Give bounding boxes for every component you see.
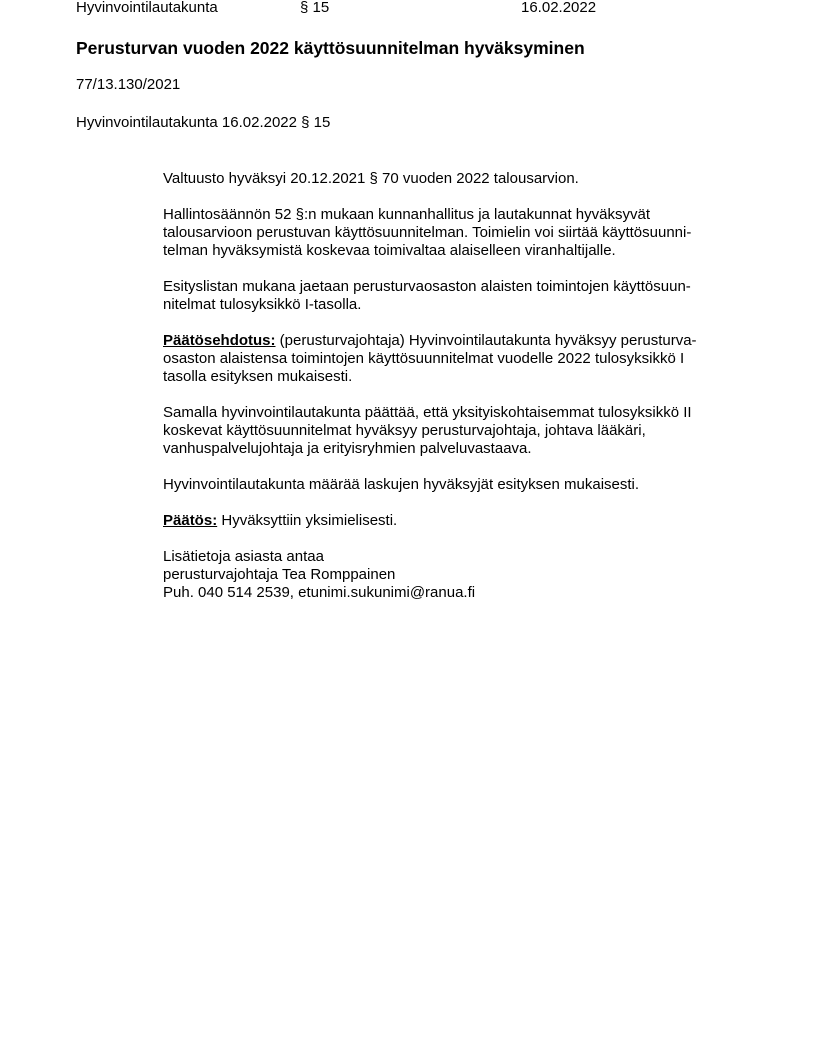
paragraph-invoice-approvers: Hyvinvointilautakunta määrää laskujen hy… (163, 476, 753, 494)
decision-label: Päätös: (163, 512, 217, 529)
diary-number: 77/13.130/2021 (76, 76, 180, 94)
header-section-number: § 15 (300, 0, 329, 17)
paragraph-decision: Päätös: Hyväksyttiin yksimielisesti. (163, 512, 753, 530)
contact-info: Lisätietoja asiasta antaa perusturvajoht… (163, 548, 753, 602)
proposal-label: Päätösehdotus: (163, 332, 276, 349)
header-date: 16.02.2022 (521, 0, 596, 17)
contact-phone-email: Puh. 040 514 2539, etunimi.sukunimi@ranu… (163, 584, 753, 602)
document-body: Valtuusto hyväksyi 20.12.2021 § 70 vuode… (163, 170, 753, 602)
paragraph-administrative-rule: Hallintosäännön 52 §:n mukaan kunnanhall… (163, 206, 753, 260)
header-body-name: Hyvinvointilautakunta (76, 0, 218, 17)
contact-intro: Lisätietoja asiasta antaa (163, 548, 753, 566)
paragraph-budget-approval: Valtuusto hyväksyi 20.12.2021 § 70 vuode… (163, 170, 753, 188)
decision-text: Hyväksyttiin yksimielisesti. (217, 512, 397, 529)
meeting-reference: Hyvinvointilautakunta 16.02.2022 § 15 (76, 114, 330, 132)
contact-person: perusturvajohtaja Tea Romppainen (163, 566, 753, 584)
document-header: Hyvinvointilautakunta § 15 16.02.2022 (76, 0, 776, 17)
paragraph-detailed-plans: Samalla hyvinvointilautakunta päättää, e… (163, 404, 753, 458)
paragraph-agenda-distribution: Esityslistan mukana jaetaan perusturvaos… (163, 278, 753, 314)
document-title: Perusturvan vuoden 2022 käyttösuunnitelm… (76, 37, 585, 59)
paragraph-decision-proposal: Päätösehdotus: (perusturvajohtaja) Hyvin… (163, 332, 753, 386)
